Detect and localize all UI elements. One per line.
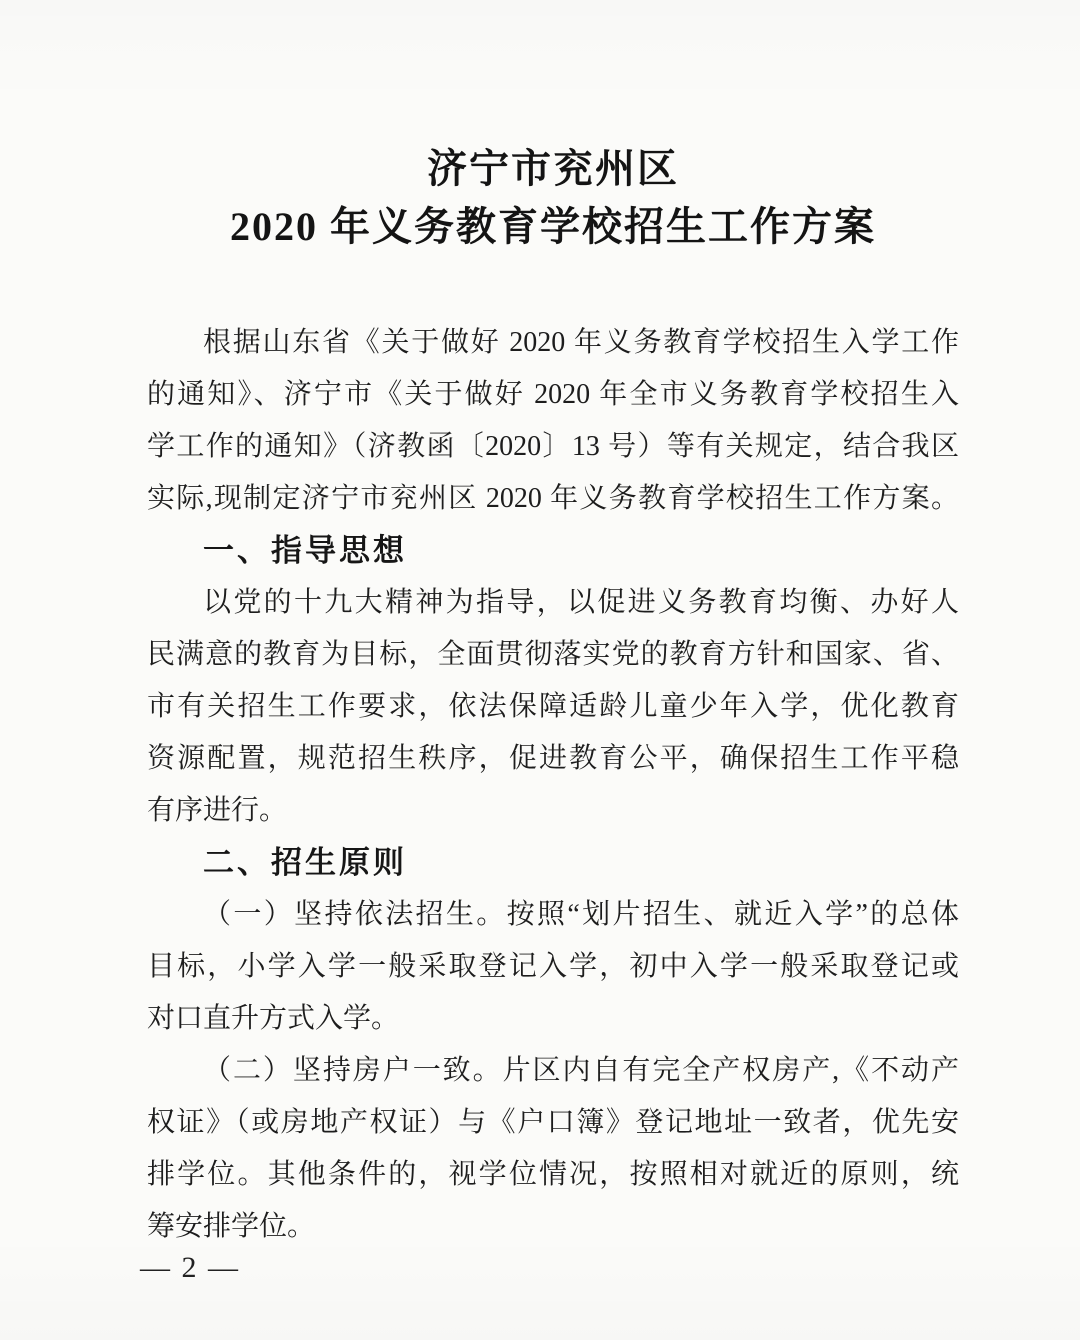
document-page: 济宁市兖州区 2020 年义务教育学校招生工作方案 根据山东省《关于做好 202…	[0, 0, 1080, 1340]
body-line: 权证》（或房地产权证）与《户口簿》登记地址一致者，优先安	[147, 1097, 959, 1149]
document-body: 根据山东省《关于做好 2020 年义务教育学校招生入学工作 的通知》、济宁市《关…	[147, 317, 959, 1253]
body-line: 民满意的教育为目标，全面贯彻落实党的教育方针和国家、省、	[147, 629, 959, 681]
body-line: 对口直升方式入学。	[147, 993, 959, 1045]
body-line: 实际,现制定济宁市兖州区 2020 年义务教育学校招生工作方案。	[147, 473, 959, 525]
body-line: 有序进行。	[147, 785, 959, 837]
body-line: 以党的十九大精神为指导，以促进义务教育均衡、办好人	[147, 577, 959, 629]
document-title: 济宁市兖州区 2020 年义务教育学校招生工作方案	[147, 140, 959, 256]
document-title-line-2: 2020 年义务教育学校招生工作方案	[147, 198, 959, 256]
body-line: 排学位。其他条件的，视学位情况，按照相对就近的原则，统	[147, 1149, 959, 1201]
body-line: （一）坚持依法招生。按照“划片招生、就近入学”的总体	[147, 889, 959, 941]
body-line: 学工作的通知》（济教函〔2020〕13 号）等有关规定，结合我区	[147, 421, 959, 473]
section-heading-1: 一、指导思想	[147, 525, 959, 577]
body-line: 的通知》、济宁市《关于做好 2020 年全市义务教育学校招生入	[147, 369, 959, 421]
section-heading-2: 二、招生原则	[147, 837, 959, 889]
body-line: 筹安排学位。	[147, 1201, 959, 1253]
body-line: 资源配置，规范招生秩序，促进教育公平，确保招生工作平稳	[147, 733, 959, 785]
body-line: 目标，小学入学一般采取登记入学，初中入学一般采取登记或	[147, 941, 959, 993]
document-title-line-1: 济宁市兖州区	[147, 140, 959, 198]
page-number: — 2 —	[140, 1251, 240, 1285]
body-line: 市有关招生工作要求，依法保障适龄儿童少年入学，优化教育	[147, 681, 959, 733]
body-line: 根据山东省《关于做好 2020 年义务教育学校招生入学工作	[147, 317, 959, 369]
body-line: （二）坚持房户一致。片区内自有完全产权房产,《不动产	[147, 1045, 959, 1097]
